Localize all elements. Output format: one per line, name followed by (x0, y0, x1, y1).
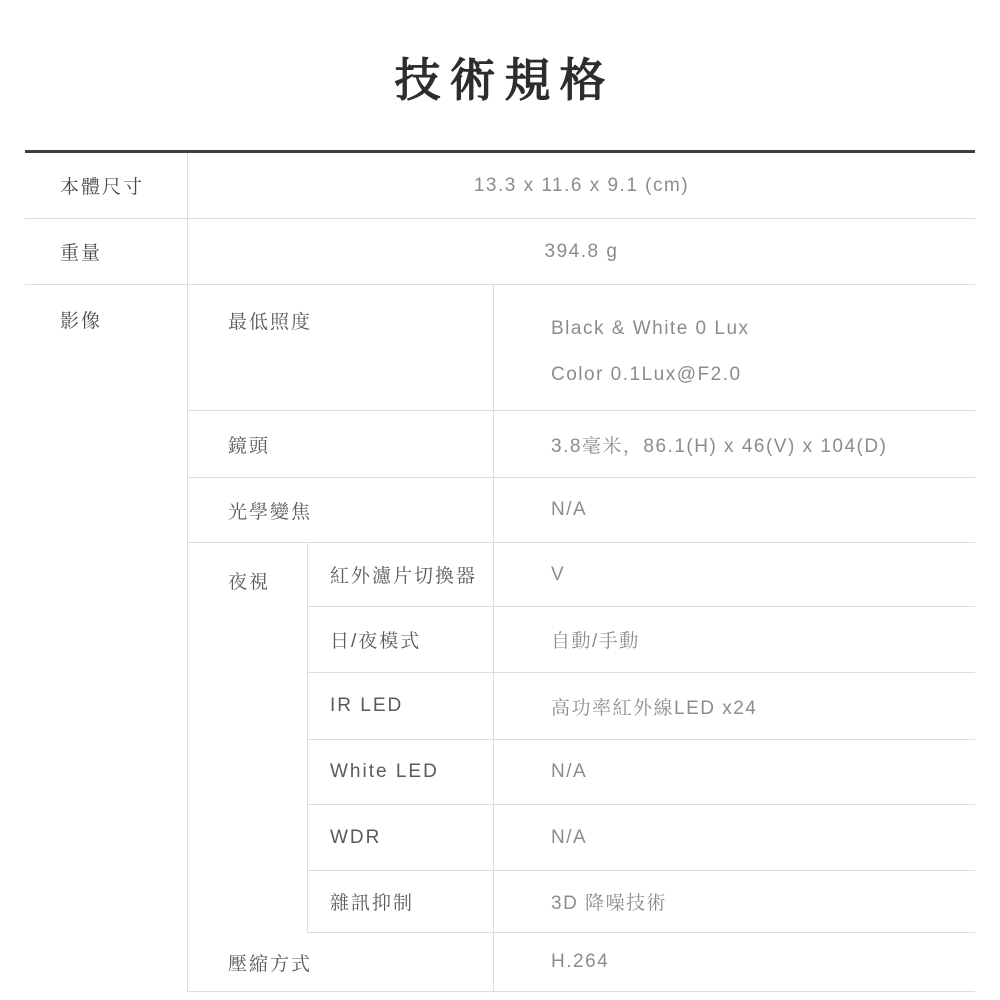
table-row-compression: 壓縮方式 H.264 (188, 933, 975, 992)
row-value: N/A (493, 805, 975, 870)
row-label: 雜訊抑制 (308, 871, 493, 932)
row-value: 高功率紅外線LED x24 (493, 673, 975, 739)
row-value: V (493, 543, 975, 606)
table-row-optical-zoom: 光學變焦 N/A (188, 478, 975, 543)
spec-page: 技術規格 本體尺寸 13.3 x 11.6 x 9.1 (cm) 重量 394.… (0, 0, 1000, 1000)
table-row-body-size: 本體尺寸 13.3 x 11.6 x 9.1 (cm) (25, 153, 975, 219)
table-row-lens: 鏡頭 3.8毫米，86.1(H) x 46(V) x 104(D) (188, 411, 975, 478)
section-label: 影像 (25, 285, 188, 992)
table-row-ir-led: IR LED 高功率紅外線LED x24 (308, 673, 975, 740)
row-label: 日/夜模式 (308, 607, 493, 672)
table-row-noise-suppression: 雜訊抑制 3D 降噪技術 (308, 871, 975, 933)
table-row-day-night-mode: 日/夜模式 自動/手動 (308, 607, 975, 673)
row-value: Black & White 0 Lux Color 0.1Lux@F2.0 (493, 285, 975, 410)
row-label: 本體尺寸 (25, 153, 188, 218)
row-value: 3D 降噪技術 (493, 871, 975, 932)
group-body: 紅外濾片切換器 V 日/夜模式 自動/手動 IR LED 高功率紅外線LED x… (308, 543, 975, 933)
row-label: 鏡頭 (188, 411, 493, 477)
table-row-wdr: WDR N/A (308, 805, 975, 871)
group-night-vision: 夜視 紅外濾片切換器 V 日/夜模式 自動/手動 IR LED 高功率紅外 (188, 543, 975, 933)
table-row-white-led: White LED N/A (308, 740, 975, 805)
row-label: IR LED (308, 673, 493, 739)
table-row-min-illumination: 最低照度 Black & White 0 Lux Color 0.1Lux@F2… (188, 285, 975, 411)
table-row-ir-cut-filter: 紅外濾片切換器 V (308, 543, 975, 607)
row-value: 3.8毫米，86.1(H) x 46(V) x 104(D) (493, 411, 975, 477)
row-label: White LED (308, 740, 493, 804)
group-label: 夜視 (188, 543, 308, 933)
row-label: 光學變焦 (188, 478, 493, 542)
row-value: H.264 (493, 933, 975, 991)
row-value: 自動/手動 (493, 607, 975, 672)
row-value: 394.8 g (188, 219, 975, 284)
value-line: Black & White 0 Lux (551, 306, 750, 352)
table-row-weight: 重量 394.8 g (25, 219, 975, 285)
section-body: 最低照度 Black & White 0 Lux Color 0.1Lux@F2… (188, 285, 975, 992)
spec-table: 本體尺寸 13.3 x 11.6 x 9.1 (cm) 重量 394.8 g 影… (25, 150, 975, 992)
row-label: 壓縮方式 (188, 933, 493, 991)
row-value: N/A (493, 478, 975, 542)
row-label: 最低照度 (188, 285, 493, 410)
row-label: WDR (308, 805, 493, 870)
row-value: 13.3 x 11.6 x 9.1 (cm) (188, 153, 975, 218)
row-value: N/A (493, 740, 975, 804)
row-label: 重量 (25, 219, 188, 284)
row-label: 紅外濾片切換器 (308, 543, 493, 606)
page-title: 技術規格 (0, 44, 1000, 110)
value-line: Color 0.1Lux@F2.0 (551, 352, 742, 398)
section-image: 影像 最低照度 Black & White 0 Lux Color 0.1Lux… (25, 285, 975, 992)
